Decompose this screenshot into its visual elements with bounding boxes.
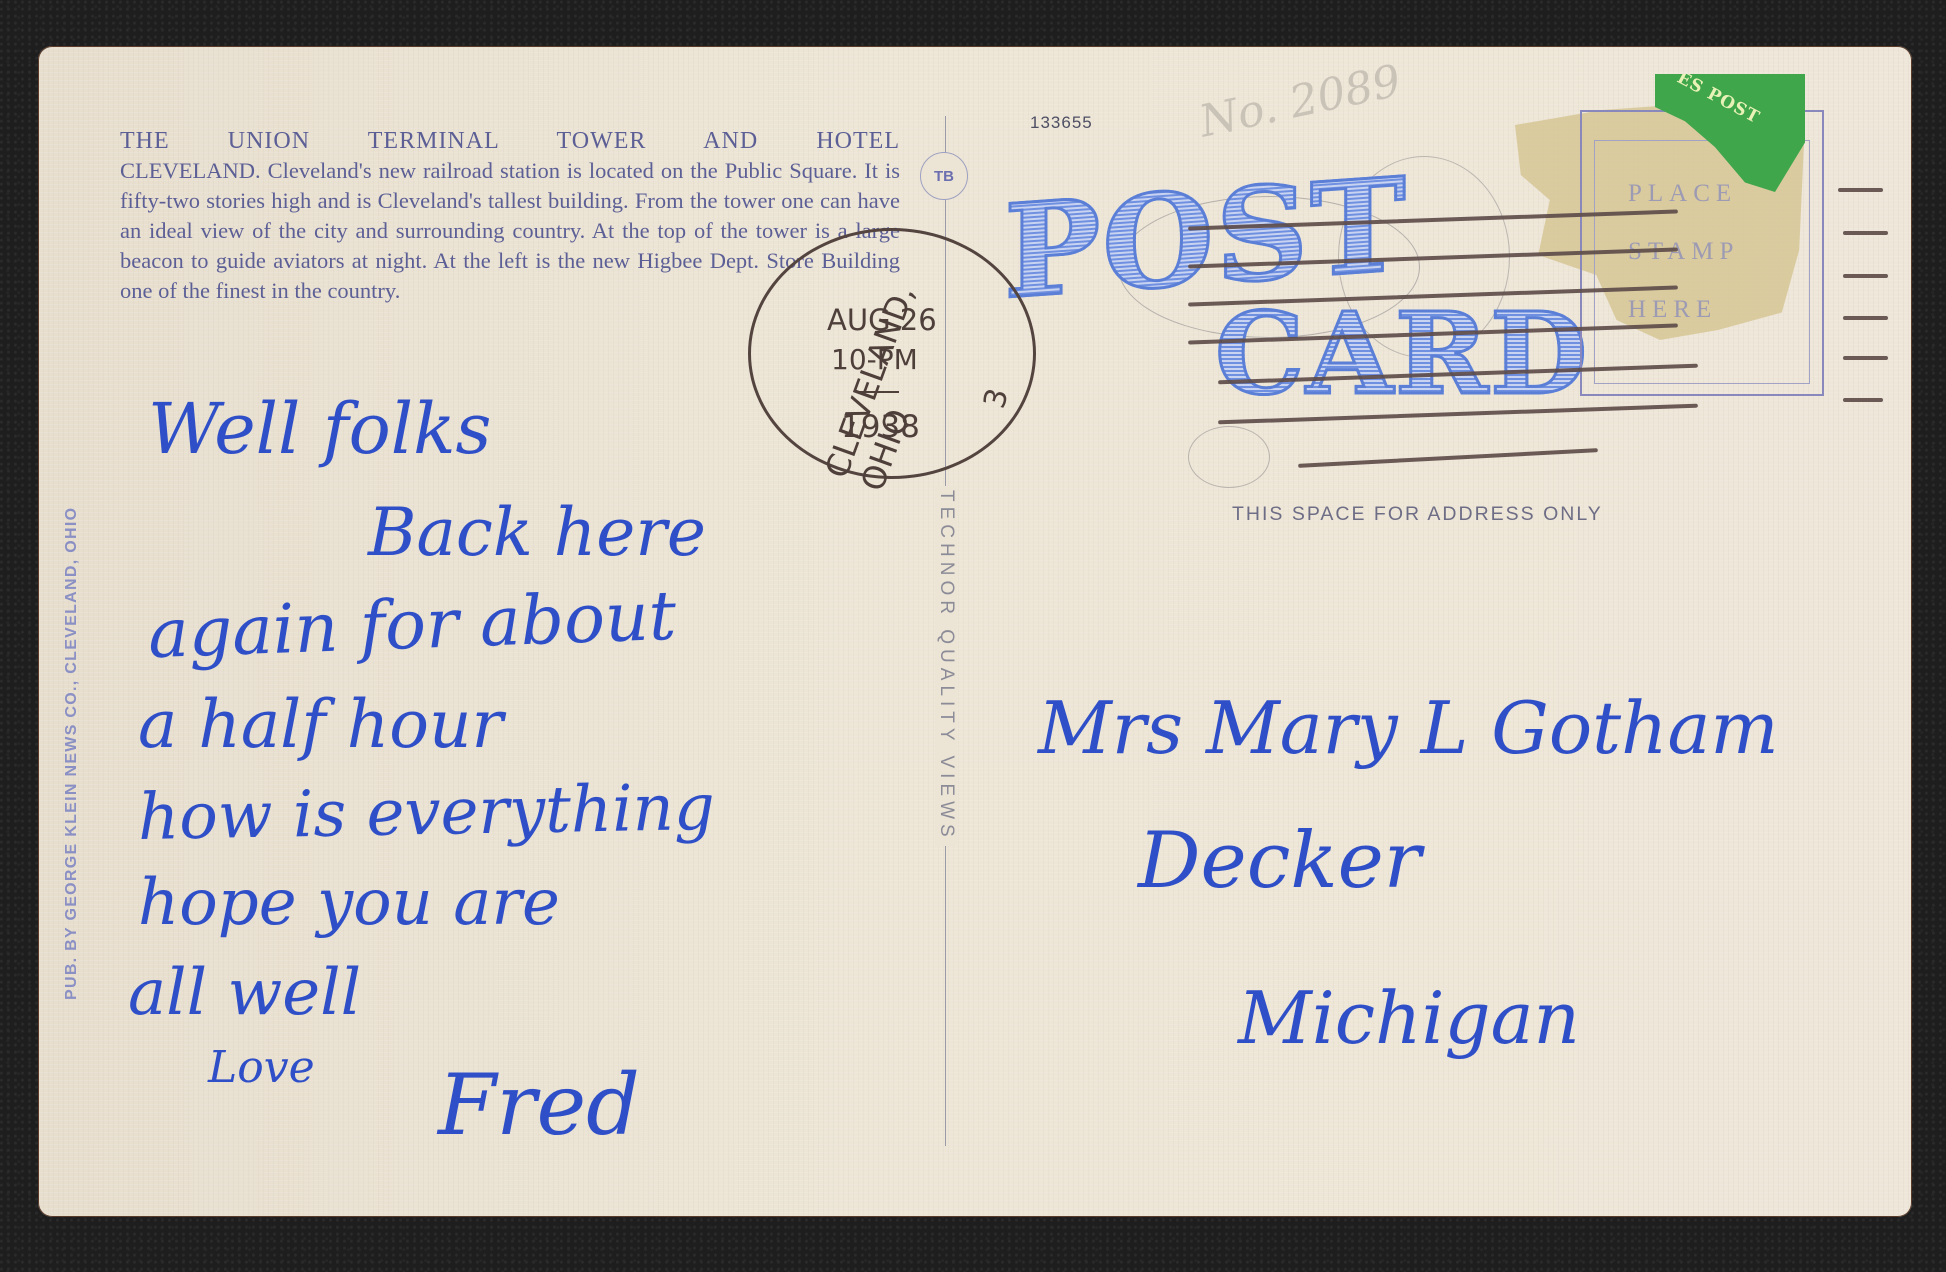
- address-city: Decker: [1138, 816, 1421, 906]
- address-space-label: THIS SPACE FOR ADDRESS ONLY: [1232, 503, 1603, 526]
- stamp-text-line3: HERE: [1628, 296, 1717, 324]
- postcard-back: PUB. BY GEORGE KLEIN NEWS CO., CLEVELAND…: [38, 46, 1912, 1217]
- message-closing: Love: [208, 1042, 315, 1093]
- cancel-dash: [1843, 231, 1888, 235]
- stamp-fragment-text: ES POST: [1674, 68, 1763, 128]
- cancel-dash: [1843, 274, 1888, 278]
- message-line: Back here: [368, 494, 706, 571]
- address-name: Mrs Mary L Gotham: [1038, 686, 1779, 770]
- pencil-note: No. 2089: [1195, 55, 1405, 147]
- cancel-dash: [1843, 356, 1888, 360]
- address-state: Michigan: [1238, 976, 1580, 1060]
- message-line: all well: [128, 956, 361, 1030]
- cancel-dash: [1843, 316, 1888, 320]
- publisher-logo-icon: TB: [920, 152, 968, 200]
- message-line: a half hour: [138, 686, 503, 763]
- serial-number: 133655: [1030, 113, 1093, 133]
- logo-card: CARD: [1215, 289, 1589, 420]
- caption-title: THE UNION TERMINAL TOWER AND HOTEL: [120, 126, 900, 156]
- postmark-station: 3: [977, 385, 1016, 413]
- message-line: hope you are: [138, 866, 560, 940]
- message-line: how is everything: [137, 771, 715, 855]
- postmark-year: 1938: [841, 409, 920, 445]
- postmark-time: 10-PM: [831, 343, 918, 376]
- postmark-date: AUG 26: [827, 303, 937, 337]
- message-line: Well folks: [148, 388, 491, 470]
- publisher-line: PUB. BY GEORGE KLEIN NEWS CO., CLEVELAND…: [63, 507, 81, 1000]
- message-line: again for about: [147, 577, 678, 674]
- message-signature: Fred: [438, 1056, 640, 1154]
- postmark-dash: [859, 391, 899, 393]
- cancel-dash: [1843, 398, 1883, 402]
- cancel-dash: [1838, 188, 1883, 192]
- divider-text: TECHNOR QUALITY VIEWS: [935, 486, 957, 846]
- postmark: CLEVELAND, OHIO AUG 26 10-PM 1938 3: [748, 228, 1036, 479]
- stamp-text-line1: PLACE: [1628, 180, 1737, 208]
